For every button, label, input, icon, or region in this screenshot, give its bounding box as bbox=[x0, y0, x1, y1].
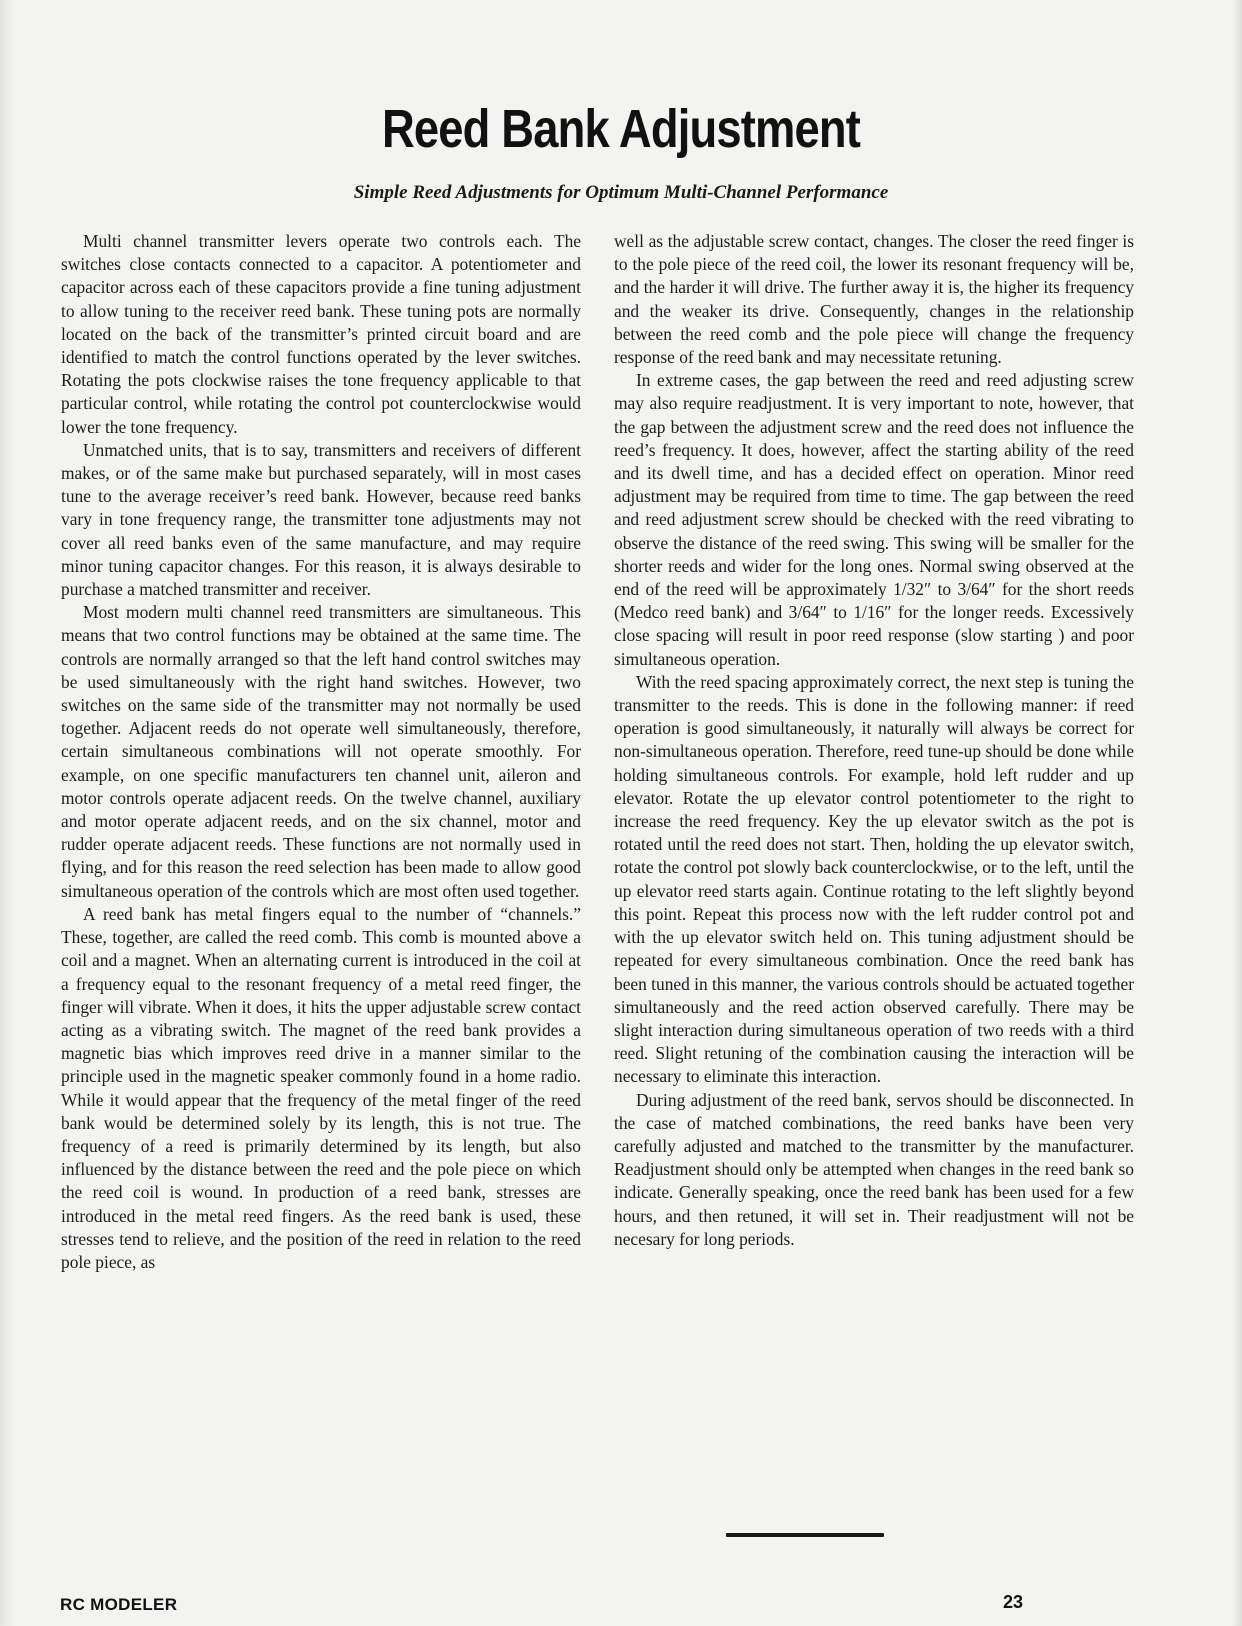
paragraph-continuation: well as the adjustable screw contact, ch… bbox=[614, 230, 1134, 369]
publication-name: RC MODELER bbox=[60, 1595, 177, 1615]
page-number: 23 bbox=[1003, 1592, 1023, 1613]
paragraph: In extreme cases, the gap between the re… bbox=[614, 369, 1134, 671]
article-subtitle: Simple Reed Adjustments for Optimum Mult… bbox=[0, 182, 1242, 204]
paragraph: With the reed spacing approximately corr… bbox=[614, 671, 1134, 1089]
paragraph: During adjustment of the reed bank, serv… bbox=[614, 1089, 1134, 1251]
article-title: Reed Bank Adjustment bbox=[99, 98, 1142, 160]
end-of-article-rule bbox=[726, 1533, 884, 1537]
right-column: well as the adjustable screw contact, ch… bbox=[614, 230, 1134, 1251]
paragraph: Most modern multi channel reed transmitt… bbox=[61, 601, 581, 903]
left-column: Multi channel transmitter levers operate… bbox=[61, 230, 581, 1274]
paragraph: Unmatched units, that is to say, transmi… bbox=[61, 439, 581, 601]
page-edge-shadow-right bbox=[1232, 0, 1242, 1626]
paragraph: A reed bank has metal fingers equal to t… bbox=[61, 903, 581, 1274]
paragraph: Multi channel transmitter levers operate… bbox=[61, 230, 581, 439]
page-edge-shadow-left bbox=[0, 0, 14, 1626]
